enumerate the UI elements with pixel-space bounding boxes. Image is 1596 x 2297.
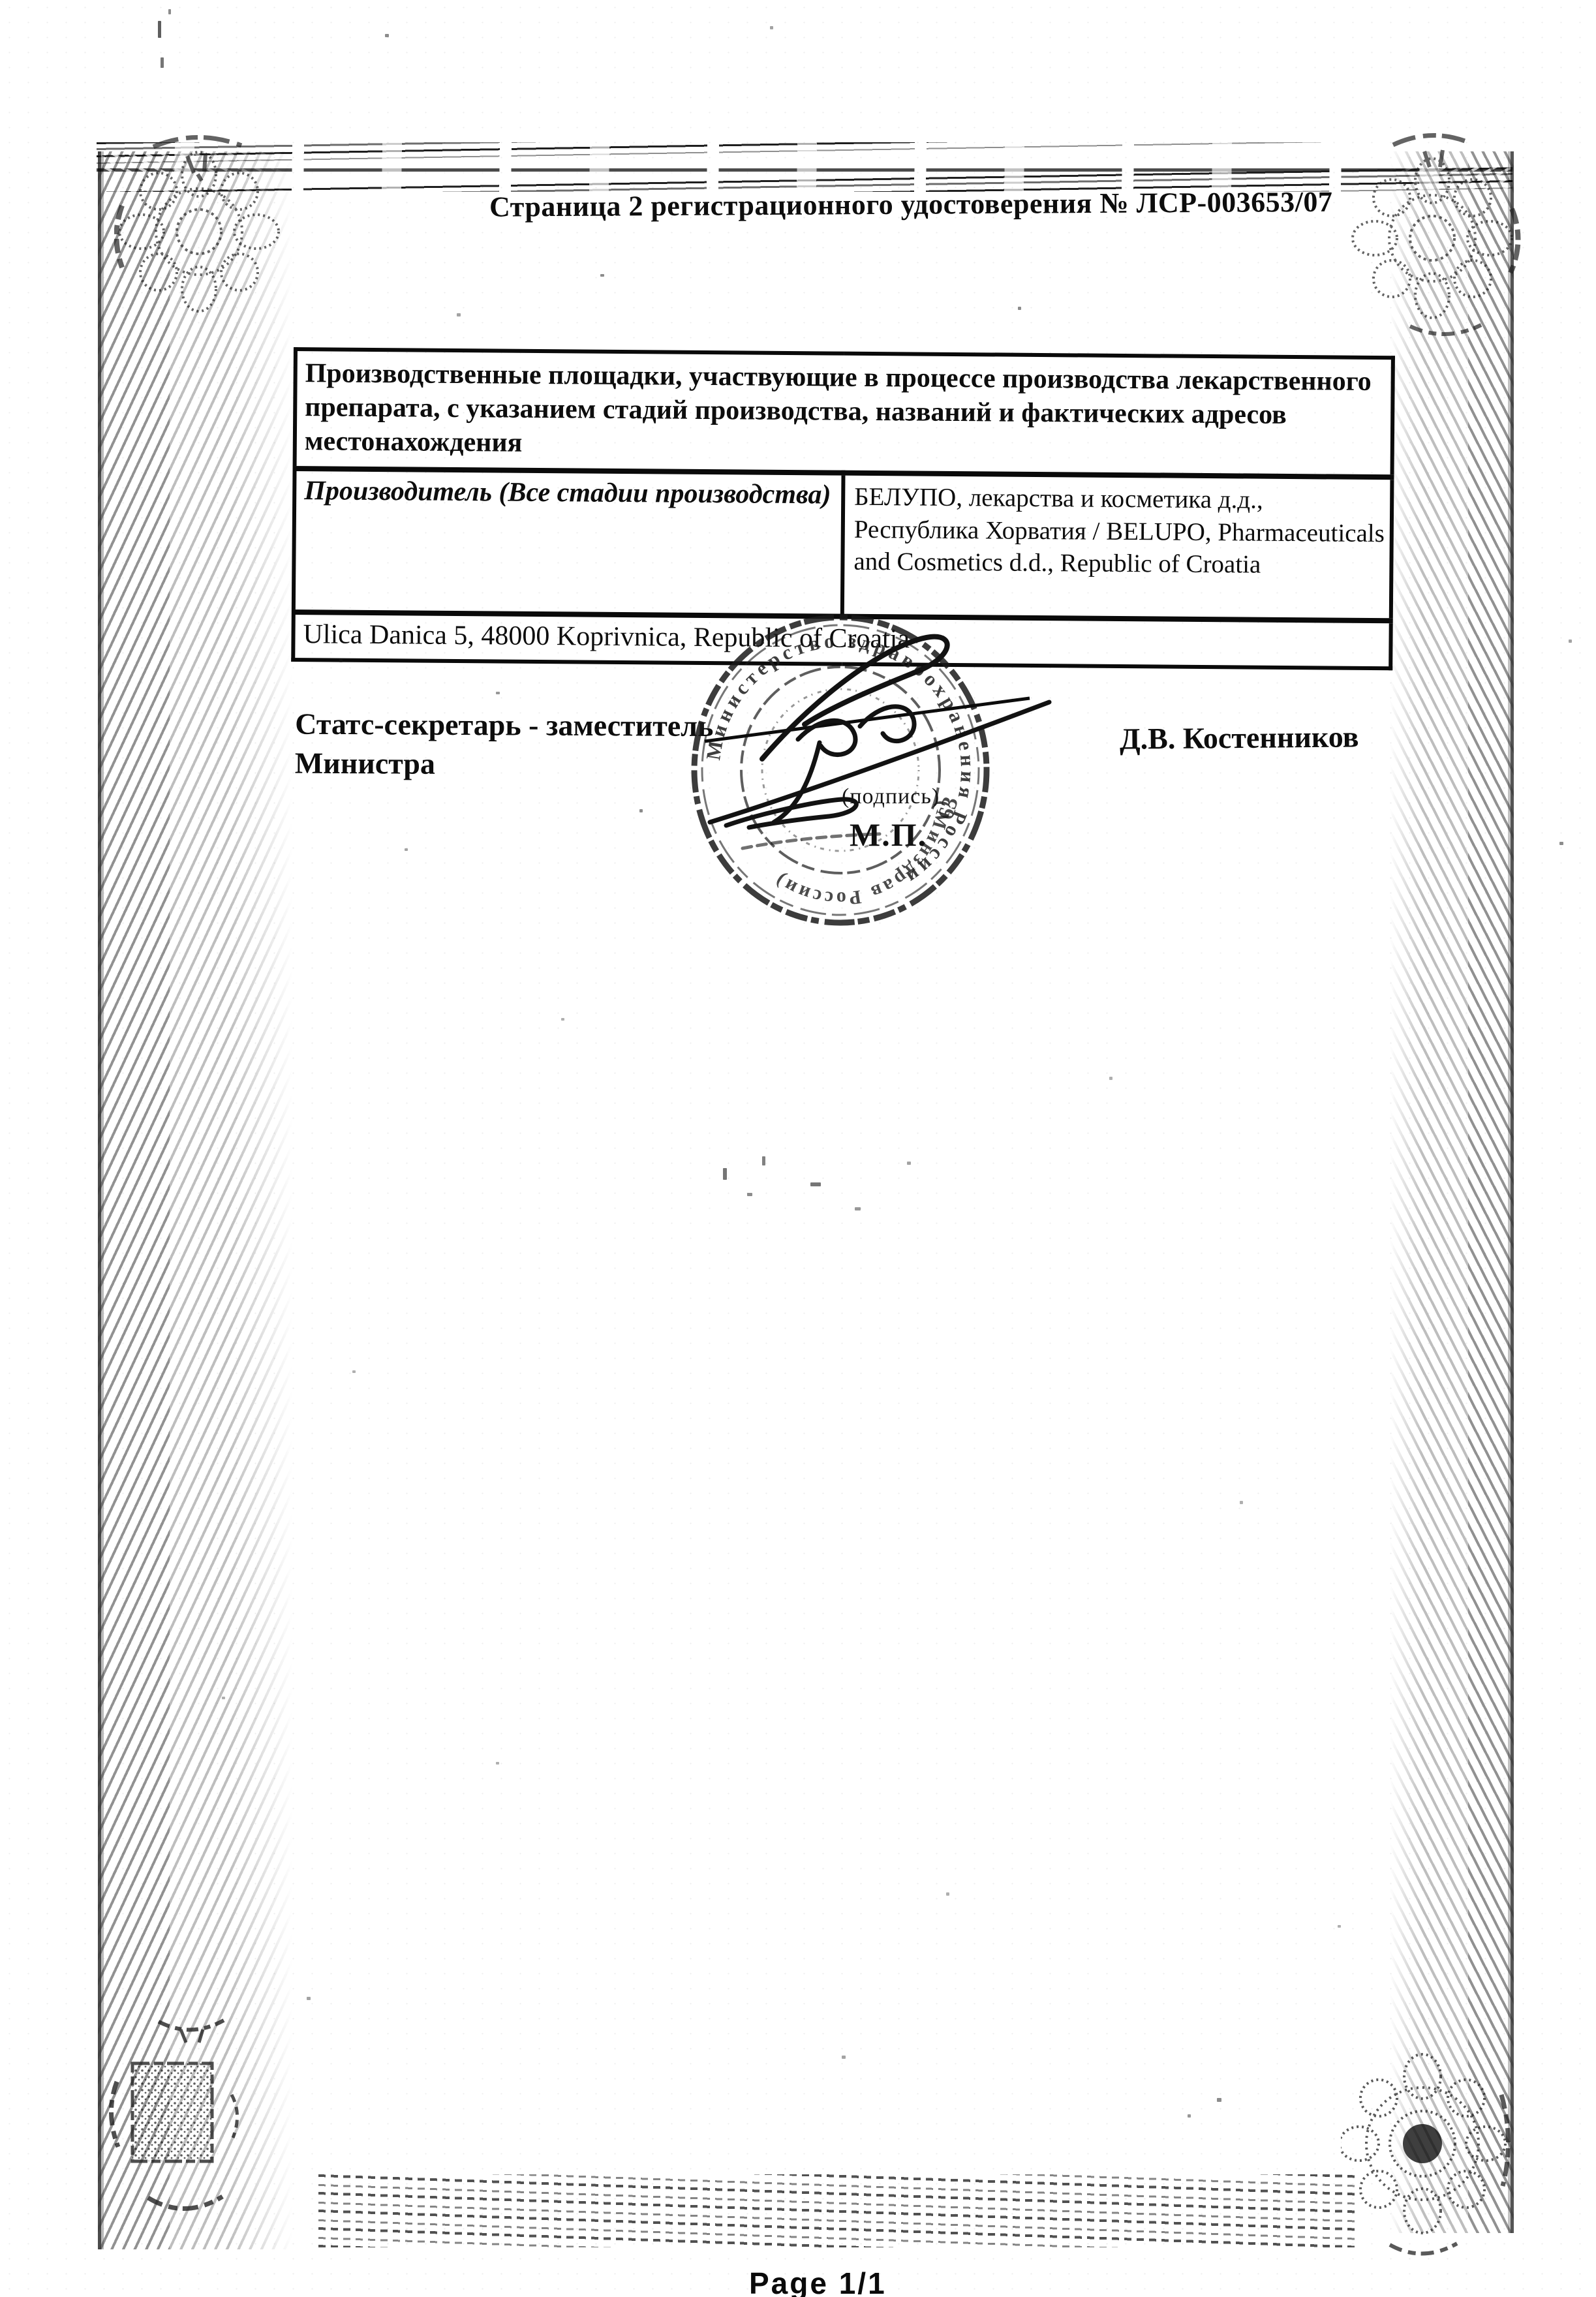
corner-ornament-bottom-right: [1341, 2036, 1537, 2271]
table-row: Производитель (Все стадии производства) …: [294, 469, 1392, 621]
producer-value-cell: БЕЛУПО, лекарства и косметика д.д., Респ…: [842, 473, 1392, 621]
scan-speck: [907, 1162, 911, 1165]
corner-ornament-bottom-left: [108, 2010, 303, 2245]
scan-speck: [222, 1697, 225, 1699]
corner-ornament-top-right: [1347, 131, 1537, 346]
scan-speck: [1559, 842, 1563, 845]
page-number: Page 1/1: [749, 2266, 887, 2297]
scan-speck: [855, 1207, 861, 1210]
scan-speck: [385, 34, 389, 37]
scan-speck: [307, 1997, 311, 2000]
scan-speck: [496, 692, 500, 694]
scan-speck: [168, 9, 171, 14]
signatory-title-line2: Министра: [295, 743, 882, 786]
scan-speck: [1338, 1925, 1341, 1928]
border-band-left: [98, 151, 294, 2249]
scan-speck: [457, 313, 461, 316]
corner-ornament-top-left: [114, 134, 297, 343]
scan-speck: [496, 1762, 499, 1765]
scan-speck: [770, 26, 773, 29]
table-row: Производственные площадки, участвующие в…: [295, 349, 1393, 477]
table-row: Ulica Danica 5, 48000 Koprivnica, Republ…: [293, 612, 1391, 668]
signatory-name: Д.В. Костенников: [1120, 719, 1359, 756]
signatory-title: Статс-секретарь - заместитель Министра: [295, 705, 883, 786]
scan-speck: [1109, 1077, 1113, 1080]
border-band-right: [1389, 151, 1514, 2233]
producer-label-cell: Производитель (Все стадии производства): [294, 469, 844, 617]
signatory-title-line1: Статс-секретарь - заместитель: [295, 705, 882, 747]
scan-speck: [561, 1018, 564, 1021]
scan-speck: [747, 1193, 752, 1196]
scan-speck: [352, 1370, 356, 1373]
scan-speck: [1188, 2114, 1191, 2118]
production-sites-table: Производственные площадки, участвующие в…: [291, 347, 1395, 670]
border-band-top: [97, 142, 1512, 192]
scan-speck: [600, 274, 604, 277]
scan-speck: [810, 1182, 821, 1186]
scan-speck: [723, 1168, 727, 1180]
scan-speck: [161, 57, 164, 68]
scan-speck: [1018, 307, 1021, 310]
document-page: Страница 2 регистрационного удостоверени…: [0, 0, 1596, 2297]
scan-speck: [639, 809, 643, 812]
scan-speck: [1217, 2098, 1221, 2102]
scan-speck: [158, 21, 161, 38]
border-band-bottom: [318, 2174, 1359, 2247]
scan-speck: [946, 1892, 949, 1896]
scan-speck: [405, 848, 408, 851]
producer-address-cell: Ulica Danica 5, 48000 Koprivnica, Republ…: [293, 612, 1391, 668]
scan-speck: [762, 1156, 765, 1165]
seal-place-mark: М.П.: [850, 816, 927, 854]
page-header: Страница 2 регистрационного удостоверени…: [489, 185, 1272, 223]
scan-speck: [842, 2056, 846, 2059]
table-caption: Производственные площадки, участвующие в…: [295, 349, 1393, 477]
scan-speck: [1569, 640, 1572, 643]
signature-caption: (подпись): [842, 784, 940, 809]
scan-speck: [1240, 1501, 1243, 1504]
